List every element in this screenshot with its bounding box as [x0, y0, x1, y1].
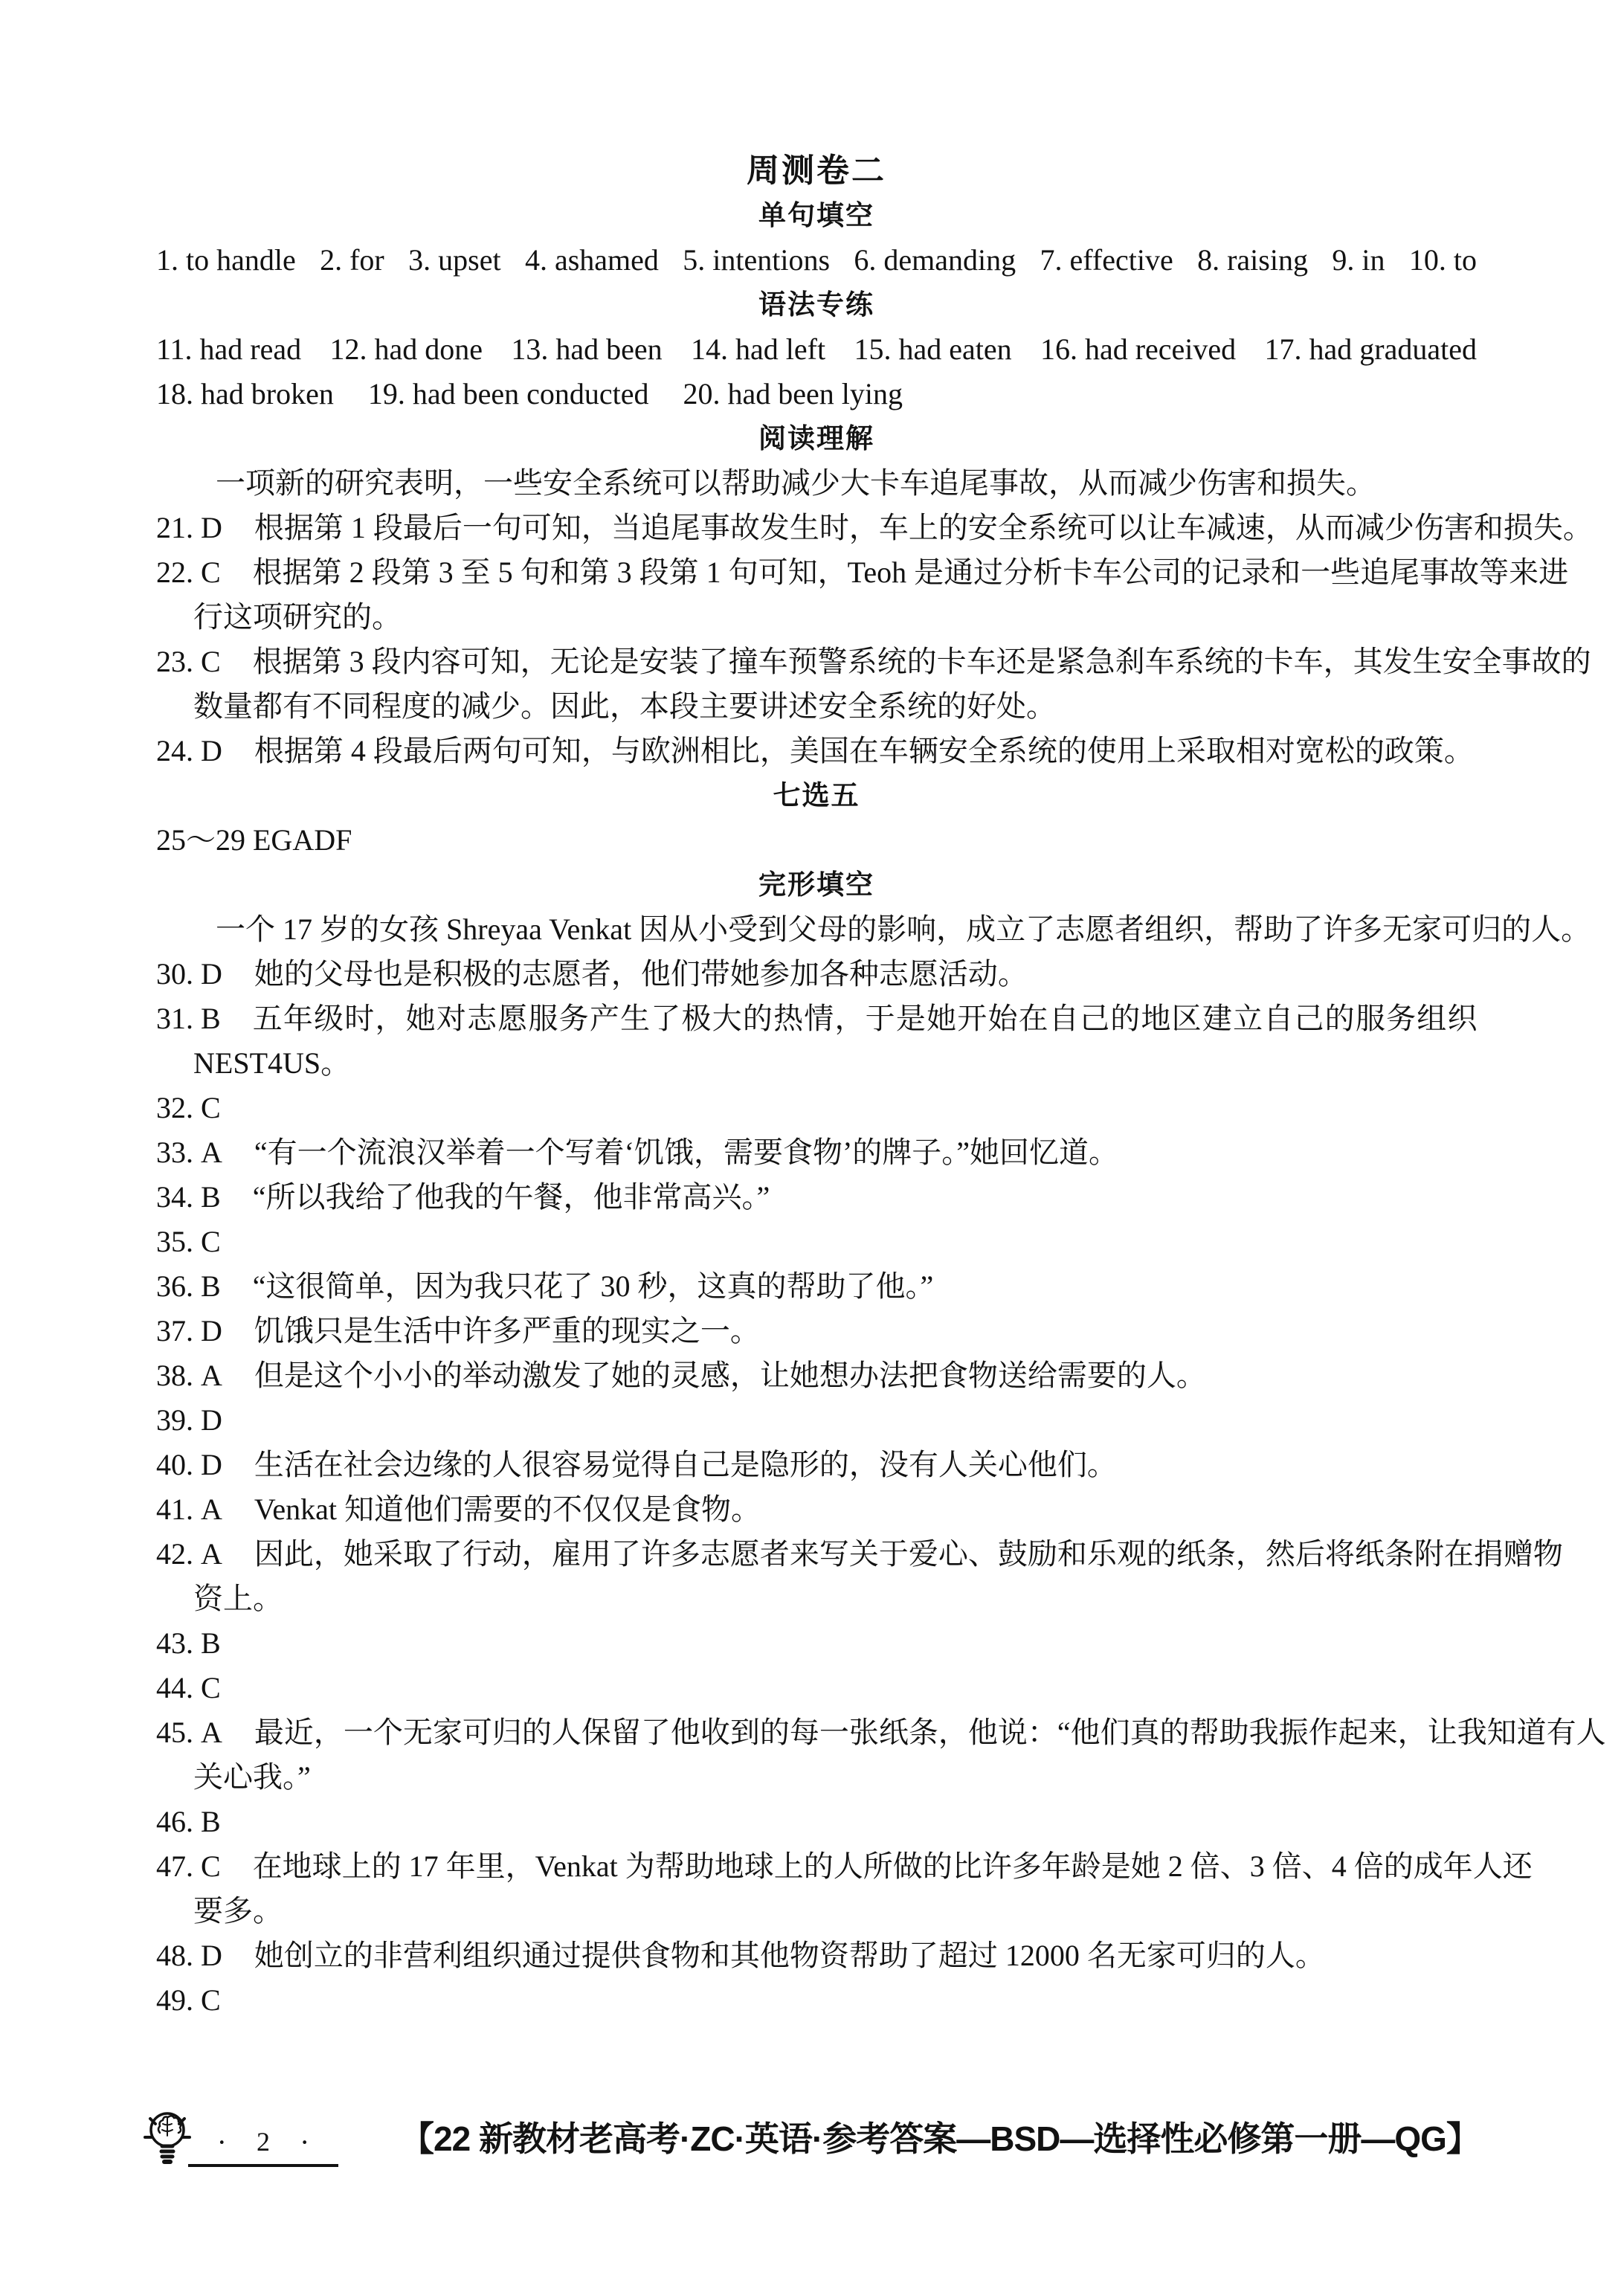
answer-item: 49.C — [156, 1978, 1477, 2023]
answer-item: 33.A“有一个流浪汉举着一个写着‘饥饿，需要食物’的牌子。”她回忆道。 — [156, 1130, 1477, 1175]
item-explanation: 根据第 2 段第 3 至 5 句和第 3 段第 1 句可知，Teoh 是通过分析… — [253, 556, 1568, 589]
answer-item: 41.AVenkat 知道他们需要的不仅仅是食物。 — [156, 1487, 1477, 1532]
section-heading: 语法专练 — [156, 283, 1477, 327]
item-answer: D — [201, 1448, 222, 1481]
item-answer: B — [201, 1626, 221, 1660]
answer-item-first-line: 41.AVenkat 知道他们需要的不仅仅是食物。 — [156, 1487, 1477, 1532]
answer-entry: 8. raising — [1197, 238, 1308, 283]
answer-item-first-line: 38.A但是这个小小的举动激发了她的灵感，让她想办法把食物送给需要的人。 — [156, 1353, 1477, 1398]
answers-line: 11. had read12. had done13. had been14. … — [156, 327, 1477, 372]
answer-entry: 5. intentions — [683, 238, 830, 283]
item-number: 35. — [156, 1225, 193, 1258]
item-explanation: 饥饿只是生活中许多严重的现实之一。 — [254, 1314, 760, 1347]
answer-item-first-line: 23.C根据第 3 段内容可知，无论是安装了撞车预警系统的卡车还是紧急刹车系统的… — [156, 640, 1477, 684]
answer-item-first-line: 21.D根据第 1 段最后一句可知，当追尾事故发生时，车上的安全系统可以让车减速… — [156, 506, 1477, 550]
item-explanation: “这很简单，因为我只花了 30 秒，这真的帮助了他。” — [253, 1269, 934, 1303]
item-answer: A — [201, 1537, 222, 1571]
item-number: 32. — [156, 1091, 193, 1124]
brain-lightbulb-icon — [144, 2107, 191, 2170]
answer-entry: 13. had been — [511, 327, 662, 372]
page-number-value: 2 — [257, 2126, 270, 2157]
section-heading: 七选五 — [156, 773, 1477, 818]
footer-imprint: 【22 新教材老高考·ZC·英语·参考答案—BSD—选择性必修第一册—QG】 — [400, 2116, 1480, 2161]
answer-item-first-line: 24.D根据第 4 段最后两句可知，与欧洲相比，美国在车辆安全系统的使用上采取相… — [156, 729, 1477, 773]
item-explanation: 生活在社会边缘的人很容易觉得自己是隐形的，没有人关心他们。 — [254, 1448, 1117, 1481]
answer-entry: 14. had left — [691, 327, 825, 372]
answer-entry: 19. had been conducted — [368, 372, 649, 416]
item-explanation: “所以我给了他我的午餐，他非常高兴。” — [253, 1180, 770, 1214]
answer-key-page: 周测卷二单句填空1. to handle2. for3. upset4. ash… — [0, 0, 1624, 2283]
answer-content: 周测卷二单句填空1. to handle2. for3. upset4. ash… — [156, 149, 1477, 2023]
item-continuation-line: 关心我。” — [156, 1755, 1477, 1800]
item-answer: D — [201, 1314, 222, 1347]
item-answer: D — [201, 511, 222, 544]
answer-item-first-line: 42.A因此，她采取了行动，雇用了许多志愿者来写关于爱心、鼓励和乐观的纸条，然后… — [156, 1532, 1477, 1577]
item-answer: B — [201, 1269, 221, 1303]
answer-item-first-line: 39.D — [156, 1398, 1477, 1443]
section-heading: 完形填空 — [156, 863, 1477, 907]
answer-item: 39.D — [156, 1398, 1477, 1443]
item-number: 24. — [156, 734, 193, 767]
item-number: 42. — [156, 1537, 193, 1571]
item-number: 41. — [156, 1493, 193, 1526]
answer-item-first-line: 48.D她创立的非营利组织通过提供食物和其他物资帮助了超过 12000 名无家可… — [156, 1933, 1477, 1978]
answer-item: 32.C — [156, 1086, 1477, 1130]
answer-item: 36.B“这很简单，因为我只花了 30 秒，这真的帮助了他。” — [156, 1264, 1477, 1309]
answer-entry: 2. for — [320, 238, 384, 283]
answer-item: 24.D根据第 4 段最后两句可知，与欧洲相比，美国在车辆安全系统的使用上采取相… — [156, 729, 1477, 773]
answer-item-first-line: 34.B“所以我给了他我的午餐，他非常高兴。” — [156, 1175, 1477, 1220]
answer-item-first-line: 22.C根据第 2 段第 3 至 5 句和第 3 段第 1 句可知，Teoh 是… — [156, 550, 1477, 595]
answer-item-first-line: 30.D她的父母也是积极的志愿者，他们带她参加各种志愿活动。 — [156, 952, 1477, 996]
answer-entry: 18. had broken — [156, 372, 334, 416]
item-number: 25～29 — [156, 823, 245, 857]
item-answer: C — [201, 1671, 221, 1704]
item-answer: C — [201, 556, 221, 589]
item-answer: A — [201, 1716, 222, 1749]
item-answer: D — [201, 1939, 222, 1972]
item-answer: A — [201, 1136, 222, 1169]
item-answer: C — [201, 1849, 221, 1883]
answer-entry: 6. demanding — [854, 238, 1016, 283]
item-explanation: 根据第 3 段内容可知，无论是安装了撞车预警系统的卡车还是紧急刹车系统的卡车，其… — [253, 645, 1591, 678]
answer-entry: 12. had done — [329, 327, 483, 372]
page-number: · 2 · — [188, 2119, 338, 2167]
answer-item-first-line: 37.D饥饿只是生活中许多严重的现实之一。 — [156, 1309, 1477, 1353]
answers-line: 18. had broken19. had been conducted20. … — [156, 372, 1477, 416]
item-answer: D — [201, 957, 222, 991]
item-number: 44. — [156, 1671, 193, 1704]
answer-item: 23.C根据第 3 段内容可知，无论是安装了撞车预警系统的卡车还是紧急刹车系统的… — [156, 640, 1477, 729]
answer-entry: 7. effective — [1040, 238, 1173, 283]
item-explanation: “有一个流浪汉举着一个写着‘饥饿，需要食物’的牌子。”她回忆道。 — [254, 1136, 1118, 1169]
item-number: 36. — [156, 1269, 193, 1303]
item-answer: D — [201, 1403, 222, 1437]
intro-paragraph: 一个 17 岁的女孩 Shreyaa Venkat 因从小受到父母的影响，成立了… — [156, 907, 1477, 952]
item-continuation-line: 资上。 — [156, 1577, 1477, 1621]
item-answer: D — [201, 734, 222, 767]
item-explanation: 最近，一个无家可归的人保留了他收到的每一张纸条，他说：“他们真的帮助我振作起来，… — [254, 1716, 1606, 1749]
answer-entry: 16. had received — [1040, 327, 1236, 372]
item-number: 49. — [156, 1983, 193, 2017]
item-number: 48. — [156, 1939, 193, 1972]
item-number: 30. — [156, 957, 193, 991]
item-continuation-line: 行这项研究的。 — [156, 595, 1477, 640]
answer-entry: 10. to — [1409, 238, 1477, 283]
answer-entry: 17. had graduated — [1265, 327, 1477, 372]
answer-item: 44.C — [156, 1666, 1477, 1710]
answer-item-first-line: 25～29EGADF — [156, 818, 1477, 863]
answer-entry: 9. in — [1332, 238, 1385, 283]
answer-item: 48.D她创立的非营利组织通过提供食物和其他物资帮助了超过 12000 名无家可… — [156, 1933, 1477, 1978]
item-explanation: 五年级时，她对志愿服务产生了极大的热情，于是她开始在自己的地区建立自己的服务组织 — [253, 1002, 1478, 1035]
item-number: 37. — [156, 1314, 193, 1347]
item-continuation-line: NEST4US。 — [156, 1041, 1477, 1086]
answer-item: 47.C在地球上的 17 年里，Venkat 为帮助地球上的人所做的比许多年龄是… — [156, 1844, 1477, 1933]
answer-entry: 4. ashamed — [525, 238, 659, 283]
item-answer: C — [201, 645, 221, 678]
item-answer: C — [201, 1225, 221, 1258]
answer-item-first-line: 33.A“有一个流浪汉举着一个写着‘饥饿，需要食物’的牌子。”她回忆道。 — [156, 1130, 1477, 1175]
item-answer: B — [201, 1805, 221, 1838]
item-explanation: 根据第 4 段最后两句可知，与欧洲相比，美国在车辆安全系统的使用上采取相对宽松的… — [254, 734, 1474, 767]
page-number-dot: · — [300, 2125, 309, 2160]
page-title: 周测卷二 — [156, 149, 1477, 193]
item-answer: B — [201, 1002, 221, 1035]
answer-item: 37.D饥饿只是生活中许多严重的现实之一。 — [156, 1309, 1477, 1353]
section-heading: 单句填空 — [156, 193, 1477, 238]
answer-item: 40.D生活在社会边缘的人很容易觉得自己是隐形的，没有人关心他们。 — [156, 1443, 1477, 1487]
answer-entry: 3. upset — [408, 238, 500, 283]
answer-item: 35.C — [156, 1220, 1477, 1264]
answer-item-first-line: 49.C — [156, 1978, 1477, 2023]
item-answer: B — [201, 1180, 221, 1214]
answers-line: 1. to handle2. for3. upset4. ashamed5. i… — [156, 238, 1477, 283]
item-answer: EGADF — [253, 823, 352, 857]
answer-item-first-line: 45.A最近，一个无家可归的人保留了他收到的每一张纸条，他说：“他们真的帮助我振… — [156, 1710, 1477, 1755]
item-explanation: 因此，她采取了行动，雇用了许多志愿者来写关于爱心、鼓励和乐观的纸条，然后将纸条附… — [254, 1537, 1563, 1571]
answer-item-first-line: 40.D生活在社会边缘的人很容易觉得自己是隐形的，没有人关心他们。 — [156, 1443, 1477, 1487]
item-number: 23. — [156, 645, 193, 678]
answer-item: 38.A但是这个小小的举动激发了她的灵感，让她想办法把食物送给需要的人。 — [156, 1353, 1477, 1398]
answer-item: 46.B — [156, 1800, 1477, 1844]
answer-item: 30.D她的父母也是积极的志愿者，他们带她参加各种志愿活动。 — [156, 952, 1477, 996]
answer-item-first-line: 44.C — [156, 1666, 1477, 1710]
answer-item: 45.A最近，一个无家可归的人保留了他收到的每一张纸条，他说：“他们真的帮助我振… — [156, 1710, 1477, 1800]
answer-item: 34.B“所以我给了他我的午餐，他非常高兴。” — [156, 1175, 1477, 1220]
section-heading: 阅读理解 — [156, 416, 1477, 461]
answer-item: 22.C根据第 2 段第 3 至 5 句和第 3 段第 1 句可知，Teoh 是… — [156, 550, 1477, 640]
answer-item-first-line: 46.B — [156, 1800, 1477, 1844]
page-number-dot: · — [217, 2125, 227, 2160]
item-number: 33. — [156, 1136, 193, 1169]
item-answer: C — [201, 1983, 221, 2017]
item-number: 40. — [156, 1448, 193, 1481]
item-explanation: 根据第 1 段最后一句可知，当追尾事故发生时，车上的安全系统可以让车减速，从而减… — [254, 511, 1593, 544]
answer-entry: 11. had read — [156, 327, 301, 372]
answer-entry: 15. had eaten — [854, 327, 1011, 372]
item-number: 39. — [156, 1403, 193, 1437]
answer-item-first-line: 47.C在地球上的 17 年里，Venkat 为帮助地球上的人所做的比许多年龄是… — [156, 1844, 1477, 1889]
item-explanation: 她的父母也是积极的志愿者，他们带她参加各种志愿活动。 — [254, 957, 1028, 991]
item-explanation: 在地球上的 17 年里，Venkat 为帮助地球上的人所做的比许多年龄是她 2 … — [253, 1849, 1533, 1883]
answer-item: 43.B — [156, 1621, 1477, 1666]
answer-entry: 20. had been lying — [683, 372, 903, 416]
answer-item: 25～29EGADF — [156, 818, 1477, 863]
answer-item-first-line: 31.B五年级时，她对志愿服务产生了极大的热情，于是她开始在自己的地区建立自己的… — [156, 996, 1477, 1041]
item-number: 21. — [156, 511, 193, 544]
item-number: 31. — [156, 1002, 193, 1035]
item-number: 45. — [156, 1716, 193, 1749]
item-answer: A — [201, 1359, 222, 1392]
item-number: 38. — [156, 1359, 193, 1392]
item-continuation-line: 数量都有不同程度的减少。因此，本段主要讲述安全系统的好处。 — [156, 684, 1477, 729]
item-number: 34. — [156, 1180, 193, 1214]
answer-entry: 1. to handle — [156, 238, 296, 283]
answer-item-first-line: 32.C — [156, 1086, 1477, 1130]
item-explanation: Venkat 知道他们需要的不仅仅是食物。 — [254, 1493, 761, 1526]
intro-paragraph: 一项新的研究表明，一些安全系统可以帮助减少大卡车追尾事故，从而减少伤害和损失。 — [156, 461, 1477, 506]
answer-item-first-line: 36.B“这很简单，因为我只花了 30 秒，这真的帮助了他。” — [156, 1264, 1477, 1309]
item-answer: A — [201, 1493, 222, 1526]
item-explanation: 但是这个小小的举动激发了她的灵感，让她想办法把食物送给需要的人。 — [254, 1359, 1206, 1392]
item-number: 46. — [156, 1805, 193, 1838]
answer-item-first-line: 43.B — [156, 1621, 1477, 1666]
answer-item: 31.B五年级时，她对志愿服务产生了极大的热情，于是她开始在自己的地区建立自己的… — [156, 996, 1477, 1086]
item-number: 47. — [156, 1849, 193, 1883]
item-explanation: 她创立的非营利组织通过提供食物和其他物资帮助了超过 12000 名无家可归的人。 — [254, 1939, 1325, 1972]
answer-item-first-line: 35.C — [156, 1220, 1477, 1264]
answer-item: 42.A因此，她采取了行动，雇用了许多志愿者来写关于爱心、鼓励和乐观的纸条，然后… — [156, 1532, 1477, 1621]
item-number: 43. — [156, 1626, 193, 1660]
item-continuation-line: 要多。 — [156, 1889, 1477, 1933]
item-number: 22. — [156, 556, 193, 589]
answer-item: 21.D根据第 1 段最后一句可知，当追尾事故发生时，车上的安全系统可以让车减速… — [156, 506, 1477, 550]
item-answer: C — [201, 1091, 221, 1124]
